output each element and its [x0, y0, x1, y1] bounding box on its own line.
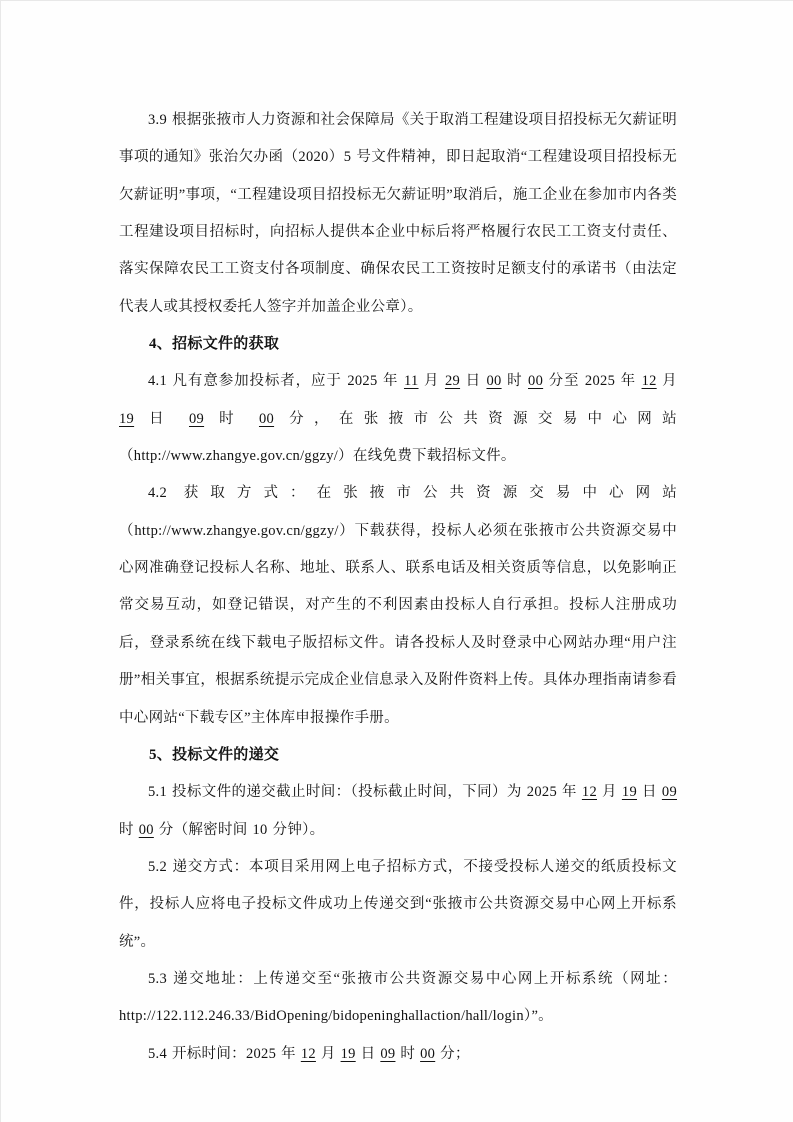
clause-5-3: 5.3 递交地址：上传递交至“张掖市公共资源交易中心网上开标系统（网址：http… — [119, 961, 677, 1036]
text-run: 月 — [657, 373, 677, 389]
text-run: 4.2 获取方式：在张掖市公共资源交易中心网站（http://www.zhang… — [119, 485, 677, 725]
text-run: 分至 2025 年 — [543, 373, 641, 389]
text-run: 4、招标文件的获取 — [149, 336, 279, 352]
text-run: 日 — [637, 784, 662, 800]
underlined-value: 09 — [380, 1046, 395, 1062]
text-run: 月 — [597, 784, 622, 800]
text-run: 5.3 递交地址：上传递交至“张掖市公共资源交易中心网上开标系统（网址：http… — [119, 971, 677, 1024]
clause-5-1: 5.1 投标文件的递交截止时间：（投标截止时间，下同）为 2025 年 12 月… — [119, 774, 677, 849]
underlined-value: 00 — [528, 373, 543, 389]
underlined-value: 19 — [119, 411, 134, 427]
text-run: 5.2 递交方式：本项目采用网上电子招标方式，不接受投标人递交的纸质投标文件，投… — [119, 859, 677, 950]
text-run: 分（解密时间 10 分钟）。 — [154, 822, 325, 838]
text-run: 时 — [119, 822, 139, 838]
text-run: 时 — [395, 1046, 420, 1062]
underlined-value: 19 — [622, 784, 637, 800]
clause-4-1: 4.1 凡有意参加投标者，应于 2025 年 11 月 29 日 00 时 00… — [119, 363, 677, 475]
underlined-value: 29 — [445, 373, 460, 389]
underlined-value: 19 — [341, 1046, 356, 1062]
underlined-value: 12 — [301, 1046, 316, 1062]
text-run: 分； — [435, 1046, 470, 1062]
clause-4-2: 4.2 获取方式：在张掖市公共资源交易中心网站（http://www.zhang… — [119, 475, 677, 736]
text-run: 5.4 开标时间：2025 年 — [148, 1046, 301, 1062]
text-run: 5、投标文件的递交 — [149, 747, 279, 763]
underlined-value: 12 — [642, 373, 657, 389]
text-run: 月 — [316, 1046, 341, 1062]
section-5-heading: 5、投标文件的递交 — [119, 737, 677, 774]
text-run: 日 — [460, 373, 486, 389]
text-run: 日 — [134, 411, 189, 427]
text-run: 5.1 投标文件的递交截止时间：（投标截止时间，下同）为 2025 年 — [148, 784, 582, 800]
document-page: 3.9 根据张掖市人力资源和社会保障局《关于取消工程建设项目招投标无欠薪证明事项… — [0, 0, 793, 1122]
underlined-value: 00 — [420, 1046, 435, 1062]
text-run: 时 — [502, 373, 528, 389]
text-run: 月 — [419, 373, 445, 389]
text-run: 3.9 根据张掖市人力资源和社会保障局《关于取消工程建设项目招投标无欠薪证明事项… — [119, 112, 677, 315]
underlined-value: 00 — [486, 373, 501, 389]
clause-5-2: 5.2 递交方式：本项目采用网上电子招标方式，不接受投标人递交的纸质投标文件，投… — [119, 849, 677, 961]
underlined-value: 12 — [582, 784, 597, 800]
text-run: 日 — [356, 1046, 381, 1062]
document-content: 3.9 根据张掖市人力资源和社会保障局《关于取消工程建设项目招投标无欠薪证明事项… — [119, 102, 677, 1073]
section-4-heading: 4、招标文件的获取 — [119, 326, 677, 363]
clause-5-4: 5.4 开标时间：2025 年 12 月 19 日 09 时 00 分； — [119, 1036, 677, 1073]
underlined-value: 09 — [662, 784, 677, 800]
underlined-value: 09 — [189, 411, 204, 427]
clause-3-9: 3.9 根据张掖市人力资源和社会保障局《关于取消工程建设项目招投标无欠薪证明事项… — [119, 102, 677, 326]
text-run: 4.1 凡有意参加投标者，应于 2025 年 — [148, 373, 404, 389]
underlined-value: 00 — [139, 822, 154, 838]
underlined-value: 00 — [259, 411, 274, 427]
underlined-value: 11 — [404, 373, 419, 389]
text-run: 时 — [204, 411, 259, 427]
